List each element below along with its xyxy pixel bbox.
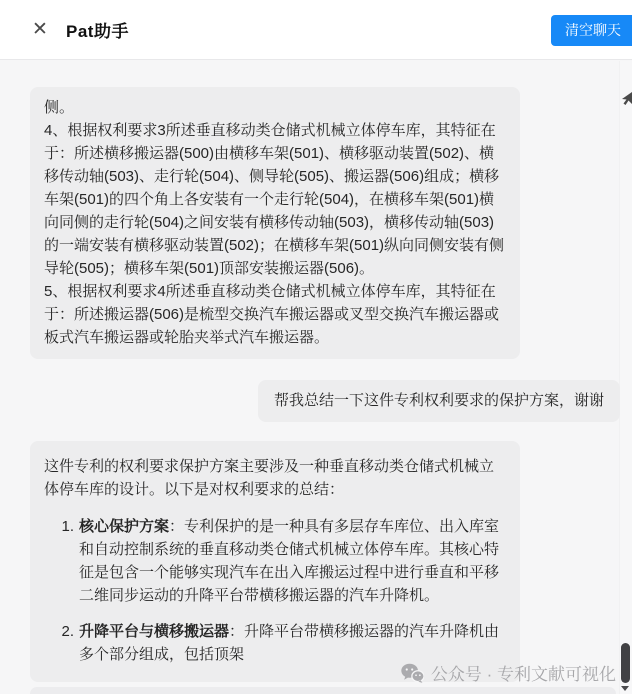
scrollbar-track[interactable]: [619, 61, 632, 694]
watermark: 公众号 · 专利文献可视化: [401, 660, 616, 685]
list-item: 1. 核心保护方案：专利保护的是一种具有多层存车库位、出入库室和自动控制系统的垂…: [56, 515, 506, 607]
watermark-text: 公众号 · 专利文献可视化: [431, 660, 616, 685]
claims-paragraph: 侧。: [44, 96, 506, 119]
wechat-icon: [401, 663, 431, 683]
assistant-message-summary: 这件专利的权利要求保护方案主要涉及一种垂直移动类仓储式机械立体停车库的设计。以下…: [30, 441, 520, 682]
list-item-term: 升降平台与横移搬运器: [79, 623, 229, 640]
header-bar: ✕ Pat助手 清空聊天: [0, 0, 632, 60]
mouse-cursor-artifact: [622, 92, 632, 111]
user-message-row: 帮我总结一下这件专利权利要求的保护方案，谢谢: [0, 380, 620, 422]
scrollbar-thumb[interactable]: [621, 643, 630, 683]
list-item-body: 核心保护方案：专利保护的是一种具有多层存车库位、出入库室和自动控制系统的垂直移动…: [79, 515, 506, 607]
summary-list: 1. 核心保护方案：专利保护的是一种具有多层存车库位、出入库室和自动控制系统的垂…: [56, 515, 506, 666]
scrollbar-down-arrow-icon[interactable]: [621, 686, 629, 691]
list-item-number: 1.: [56, 515, 74, 607]
assistant-message-claims: 侧。 4、根据权利要求3所述垂直移动类仓储式机械立体停车库，其特征在于：所述横移…: [30, 87, 520, 359]
input-area-top-edge: [30, 687, 616, 694]
app-title: Pat助手: [66, 17, 129, 42]
list-item-term: 核心保护方案: [79, 518, 169, 535]
summary-intro: 这件专利的权利要求保护方案主要涉及一种垂直移动类仓储式机械立体停车库的设计。以下…: [44, 455, 506, 501]
chat-scroll-area[interactable]: 侧。 4、根据权利要求3所述垂直移动类仓储式机械立体停车库，其特征在于：所述横移…: [0, 61, 632, 694]
clear-chat-button[interactable]: 清空聊天: [551, 15, 632, 46]
pat-assistant-window: { "header": { "title": "Pat助手", "close_i…: [0, 0, 632, 694]
claims-paragraph: 5、根据权利要求4所述垂直移动类仓储式机械立体停车库，其特征在于：所述搬运器(5…: [44, 280, 506, 349]
claims-paragraph: 4、根据权利要求3所述垂直移动类仓储式机械立体停车库，其特征在于：所述横移搬运器…: [44, 119, 506, 280]
list-item-number: 2.: [56, 620, 74, 666]
close-icon[interactable]: ✕: [28, 18, 52, 42]
user-message: 帮我总结一下这件专利权利要求的保护方案，谢谢: [258, 380, 620, 422]
